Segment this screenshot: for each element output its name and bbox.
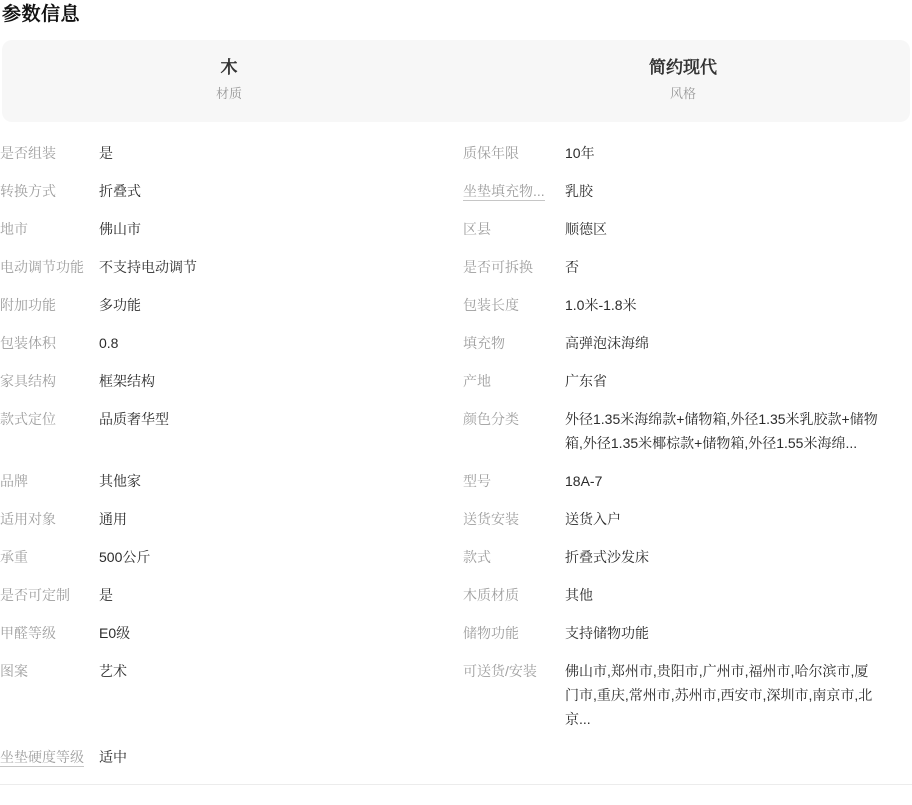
spec-value: 18A-7 bbox=[565, 469, 880, 493]
spec-label: 坐垫硬度等级 bbox=[0, 745, 99, 769]
spec-cell-right: 质保年限 10年 bbox=[456, 141, 912, 165]
spec-cell-left: 承重 500公斤 bbox=[0, 545, 456, 569]
spec-value: 送货入户 bbox=[565, 507, 880, 531]
spec-cell-left: 地市 佛山市 bbox=[0, 217, 456, 241]
spec-label: 适用对象 bbox=[0, 507, 99, 531]
spec-cell-left: 电动调节功能 不支持电动调节 bbox=[0, 255, 456, 279]
spec-cell-left: 适用对象 通用 bbox=[0, 507, 456, 531]
spec-label: 型号 bbox=[463, 469, 565, 493]
highlight-material-value: 木 bbox=[2, 56, 456, 80]
spec-value: 佛山市,郑州市,贵阳市,广州市,福州市,哈尔滨市,厦门市,重庆,常州市,苏州市,… bbox=[565, 659, 880, 731]
spec-cell-right: 填充物 高弹泡沫海绵 bbox=[456, 331, 912, 355]
spec-cell-right: 颜色分类 外径1.35米海绵款+储物箱,外径1.35米乳胶款+储物箱,外径1.3… bbox=[456, 407, 912, 455]
spec-label: 包装体积 bbox=[0, 331, 99, 355]
spec-value: 品质奢华型 bbox=[99, 407, 456, 431]
spec-value: 通用 bbox=[99, 507, 456, 531]
spec-value: 佛山市 bbox=[99, 217, 456, 241]
spec-cell-right: 区县 顺德区 bbox=[456, 217, 912, 241]
highlight-banner: 木 材质 简约现代 风格 bbox=[2, 40, 910, 122]
spec-cell-right: 送货安装 送货入户 bbox=[456, 507, 912, 531]
spec-label: 是否可拆换 bbox=[463, 255, 565, 279]
spec-value: 艺术 bbox=[99, 659, 456, 683]
spec-value: 多功能 bbox=[99, 293, 456, 317]
spec-row: 电动调节功能 不支持电动调节 是否可拆换 否 bbox=[0, 255, 912, 279]
spec-label: 产地 bbox=[463, 369, 565, 393]
spec-row: 家具结构 框架结构 产地 广东省 bbox=[0, 369, 912, 393]
spec-value: 其他家 bbox=[99, 469, 456, 493]
spec-cell-left: 品牌 其他家 bbox=[0, 469, 456, 493]
spec-cell-left: 坐垫硬度等级 适中 bbox=[0, 745, 456, 769]
spec-cell-right: 坐垫填充物... 乳胶 bbox=[456, 179, 912, 203]
spec-row: 适用对象 通用 送货安装 送货入户 bbox=[0, 507, 912, 531]
highlight-style-label: 风格 bbox=[456, 86, 910, 102]
highlight-style: 简约现代 风格 bbox=[456, 40, 910, 122]
spec-label: 区县 bbox=[463, 217, 565, 241]
spec-table: 是否组装 是 质保年限 10年 转换方式 折叠式 坐垫填充物... 乳胶 地市 … bbox=[0, 141, 912, 769]
spec-value: 其他 bbox=[565, 583, 880, 607]
spec-cell-left: 附加功能 多功能 bbox=[0, 293, 456, 317]
spec-cell-left: 图案 艺术 bbox=[0, 659, 456, 731]
spec-value: 1.0米-1.8米 bbox=[565, 293, 880, 317]
spec-value: 高弹泡沫海绵 bbox=[565, 331, 880, 355]
spec-cell-left: 家具结构 框架结构 bbox=[0, 369, 456, 393]
highlight-material: 木 材质 bbox=[2, 40, 456, 122]
spec-label: 送货安装 bbox=[463, 507, 565, 531]
spec-row: 是否组装 是 质保年限 10年 bbox=[0, 141, 912, 165]
spec-label: 品牌 bbox=[0, 469, 99, 493]
spec-label: 附加功能 bbox=[0, 293, 99, 317]
spec-row: 品牌 其他家 型号 18A-7 bbox=[0, 469, 912, 493]
spec-cell-right: 木质材质 其他 bbox=[456, 583, 912, 607]
spec-label: 甲醛等级 bbox=[0, 621, 99, 645]
spec-value: 广东省 bbox=[565, 369, 880, 393]
spec-label: 木质材质 bbox=[463, 583, 565, 607]
spec-cell-right: 可送货/安装 佛山市,郑州市,贵阳市,广州市,福州市,哈尔滨市,厦门市,重庆,常… bbox=[456, 659, 912, 731]
spec-label: 包装长度 bbox=[463, 293, 565, 317]
bottom-divider bbox=[0, 784, 912, 785]
spec-row: 是否可定制 是 木质材质 其他 bbox=[0, 583, 912, 607]
spec-value: 否 bbox=[565, 255, 880, 279]
spec-row: 地市 佛山市 区县 顺德区 bbox=[0, 217, 912, 241]
spec-label: 颜色分类 bbox=[463, 407, 565, 431]
spec-label: 可送货/安装 bbox=[463, 659, 565, 683]
spec-row: 承重 500公斤 款式 折叠式沙发床 bbox=[0, 545, 912, 569]
spec-value: 适中 bbox=[99, 745, 456, 769]
spec-row: 转换方式 折叠式 坐垫填充物... 乳胶 bbox=[0, 179, 912, 203]
spec-value: 10年 bbox=[565, 141, 880, 165]
spec-label: 质保年限 bbox=[463, 141, 565, 165]
spec-label: 转换方式 bbox=[0, 179, 99, 203]
spec-cell-right: 产地 广东省 bbox=[456, 369, 912, 393]
spec-cell-left: 款式定位 品质奢华型 bbox=[0, 407, 456, 455]
spec-cell-right: 是否可拆换 否 bbox=[456, 255, 912, 279]
spec-label: 家具结构 bbox=[0, 369, 99, 393]
spec-label: 填充物 bbox=[463, 331, 565, 355]
spec-label: 款式定位 bbox=[0, 407, 99, 431]
spec-row: 甲醛等级 E0级 储物功能 支持储物功能 bbox=[0, 621, 912, 645]
spec-row: 款式定位 品质奢华型 颜色分类 外径1.35米海绵款+储物箱,外径1.35米乳胶… bbox=[0, 407, 912, 455]
page-title: 参数信息 bbox=[0, 0, 912, 27]
spec-label: 地市 bbox=[0, 217, 99, 241]
spec-value: 0.8 bbox=[99, 331, 456, 355]
spec-cell-left: 甲醛等级 E0级 bbox=[0, 621, 456, 645]
spec-label: 承重 bbox=[0, 545, 99, 569]
spec-value: 折叠式沙发床 bbox=[565, 545, 880, 569]
spec-cell-right: 型号 18A-7 bbox=[456, 469, 912, 493]
product-spec-page: 参数信息 木 材质 简约现代 风格 是否组装 是 质保年限 10年 转换方式 折… bbox=[0, 0, 912, 785]
spec-label: 款式 bbox=[463, 545, 565, 569]
spec-value: 乳胶 bbox=[565, 179, 880, 203]
spec-value: 折叠式 bbox=[99, 179, 456, 203]
spec-value: 顺德区 bbox=[565, 217, 880, 241]
spec-value: 500公斤 bbox=[99, 545, 456, 569]
spec-value: 不支持电动调节 bbox=[99, 255, 456, 279]
spec-value: 框架结构 bbox=[99, 369, 456, 393]
spec-label: 电动调节功能 bbox=[0, 255, 99, 279]
spec-row: 图案 艺术 可送货/安装 佛山市,郑州市,贵阳市,广州市,福州市,哈尔滨市,厦门… bbox=[0, 659, 912, 731]
spec-cell-right bbox=[456, 745, 912, 769]
spec-label: 是否可定制 bbox=[0, 583, 99, 607]
spec-label: 是否组装 bbox=[0, 141, 99, 165]
spec-cell-left: 是否可定制 是 bbox=[0, 583, 456, 607]
spec-value: 支持储物功能 bbox=[565, 621, 880, 645]
spec-row: 包装体积 0.8 填充物 高弹泡沫海绵 bbox=[0, 331, 912, 355]
spec-value: E0级 bbox=[99, 621, 456, 645]
highlight-style-value: 简约现代 bbox=[456, 56, 910, 80]
spec-cell-right: 包装长度 1.0米-1.8米 bbox=[456, 293, 912, 317]
spec-value: 是 bbox=[99, 141, 456, 165]
spec-cell-left: 转换方式 折叠式 bbox=[0, 179, 456, 203]
spec-label: 储物功能 bbox=[463, 621, 565, 645]
spec-label: 坐垫填充物... bbox=[463, 179, 565, 203]
spec-label: 图案 bbox=[0, 659, 99, 683]
spec-cell-left: 包装体积 0.8 bbox=[0, 331, 456, 355]
spec-value: 是 bbox=[99, 583, 456, 607]
spec-cell-left: 是否组装 是 bbox=[0, 141, 456, 165]
spec-row: 坐垫硬度等级 适中 bbox=[0, 745, 912, 769]
spec-cell-right: 款式 折叠式沙发床 bbox=[456, 545, 912, 569]
spec-value: 外径1.35米海绵款+储物箱,外径1.35米乳胶款+储物箱,外径1.35米椰棕款… bbox=[565, 407, 880, 455]
spec-row: 附加功能 多功能 包装长度 1.0米-1.8米 bbox=[0, 293, 912, 317]
spec-cell-right: 储物功能 支持储物功能 bbox=[456, 621, 912, 645]
highlight-material-label: 材质 bbox=[2, 86, 456, 102]
